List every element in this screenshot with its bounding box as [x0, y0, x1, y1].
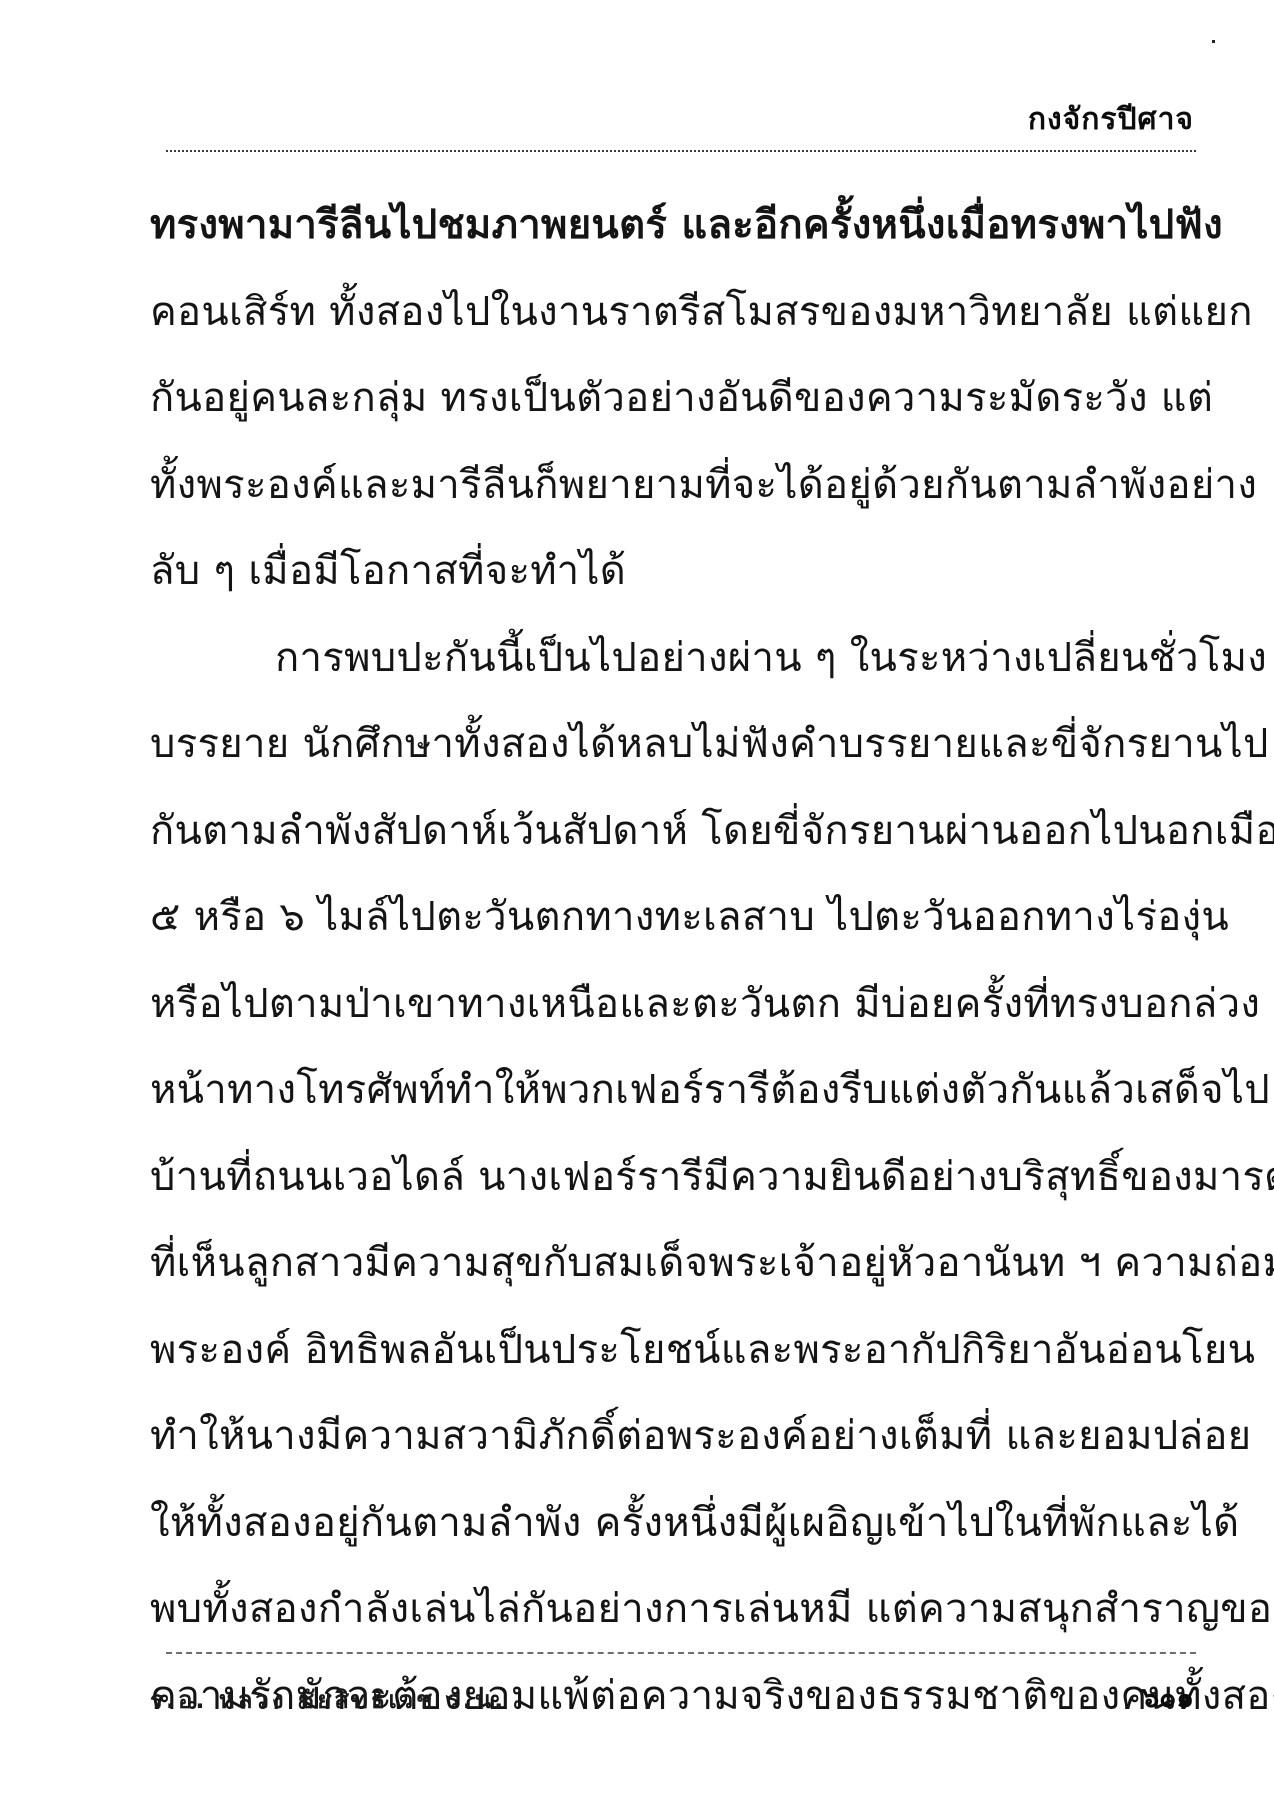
text-line: บ้านที่ถนนเวอไดล์ นางเฟอร์รารีมีความยินด… — [150, 1134, 1200, 1221]
text-line: บรรยาย นักศึกษาทั้งสองได้หลบไม่ฟังคำบรรย… — [150, 701, 1200, 788]
body-text: ทรงพามารีลีนไปชมภาพยนตร์ และอีกครั้งหนึ่… — [150, 182, 1200, 1739]
scan-speck — [1212, 40, 1215, 43]
text-line: พระองค์ อิทธิพลอันเป็นประโยชน์และพระอากั… — [150, 1307, 1200, 1394]
text-line: ทั้งพระองค์และมารีลีนก็พยายามที่จะได้อยู… — [150, 442, 1200, 529]
page-number: ๖๐๑ — [1141, 1676, 1194, 1720]
text-line: ทำให้นางมีความสวามิภักดิ์ต่อพระองค์อย่าง… — [150, 1393, 1200, 1480]
document-page: กงจักรปีศาจ ทรงพามารีลีนไปชมภาพยนตร์ และ… — [0, 0, 1274, 1800]
paragraph-start-line: การพบปะกันนี้เป็นไปอย่างผ่าน ๆ ในระหว่าง… — [150, 615, 1200, 702]
footer-rule — [166, 1652, 1196, 1654]
text-line: กันตามลำพังสัปดาห์เว้นสัปดาห์ โดยขี่จักร… — [150, 788, 1200, 875]
text-line: กันอยู่คนละกลุ่ม ทรงเป็นตัวอย่างอันดีของ… — [150, 355, 1200, 442]
text-line: คอนเสิร์ท ทั้งสองไปในงานราตรีสโมสรของมหา… — [150, 269, 1200, 356]
footer-author: ร.อ. หลวง ชัยสิทธิเวช ร.น. — [150, 1680, 506, 1719]
text-line: หรือไปตามป่าเขาทางเหนือและตะวันตก มีบ่อย… — [150, 961, 1200, 1048]
text-line: ให้ทั้งสองอยู่กันตามลำพัง ครั้งหนึ่งมีผู… — [150, 1480, 1200, 1567]
text-line: พบทั้งสองกำลังเล่นไล่กันอย่างการเล่นหมี … — [150, 1566, 1200, 1653]
text-line: ๕ หรือ ๖ ไมล์ไปตะวันตกทางทะเลสาบ ไปตะวัน… — [150, 874, 1200, 961]
text-line: ทรงพามารีลีนไปชมภาพยนตร์ และอีกครั้งหนึ่… — [150, 182, 1200, 269]
paragraph-end-line: ลับ ๆ เมื่อมีโอกาสที่จะทำได้ — [150, 528, 1200, 615]
text-line: ที่เห็นลูกสาวมีความสุขกับสมเด็จพระเจ้าอย… — [150, 1220, 1200, 1307]
header-rule — [166, 150, 1196, 152]
running-title: กงจักรปีศาจ — [1028, 96, 1194, 143]
text-line: หน้าทางโทรศัพท์ทำให้พวกเฟอร์รารีต้องรีบแ… — [150, 1047, 1200, 1134]
